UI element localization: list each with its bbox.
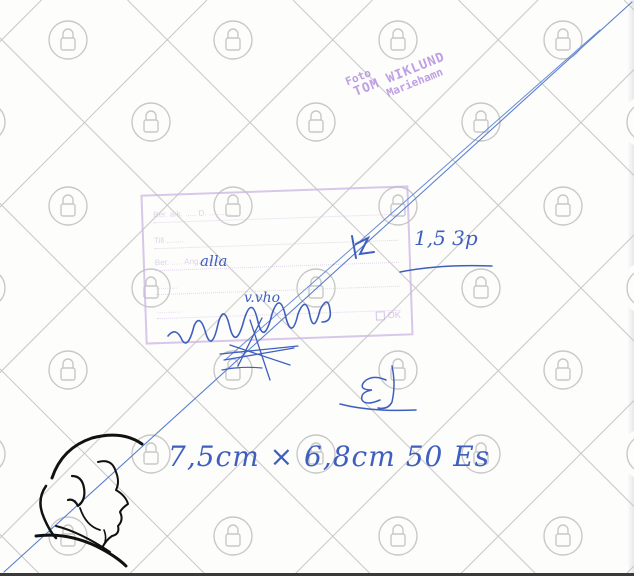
profile-portrait-icon [0,0,634,576]
photo-back: Foto TOM WIKLUND Mariehamn Ber. ark. ...… [0,0,634,576]
